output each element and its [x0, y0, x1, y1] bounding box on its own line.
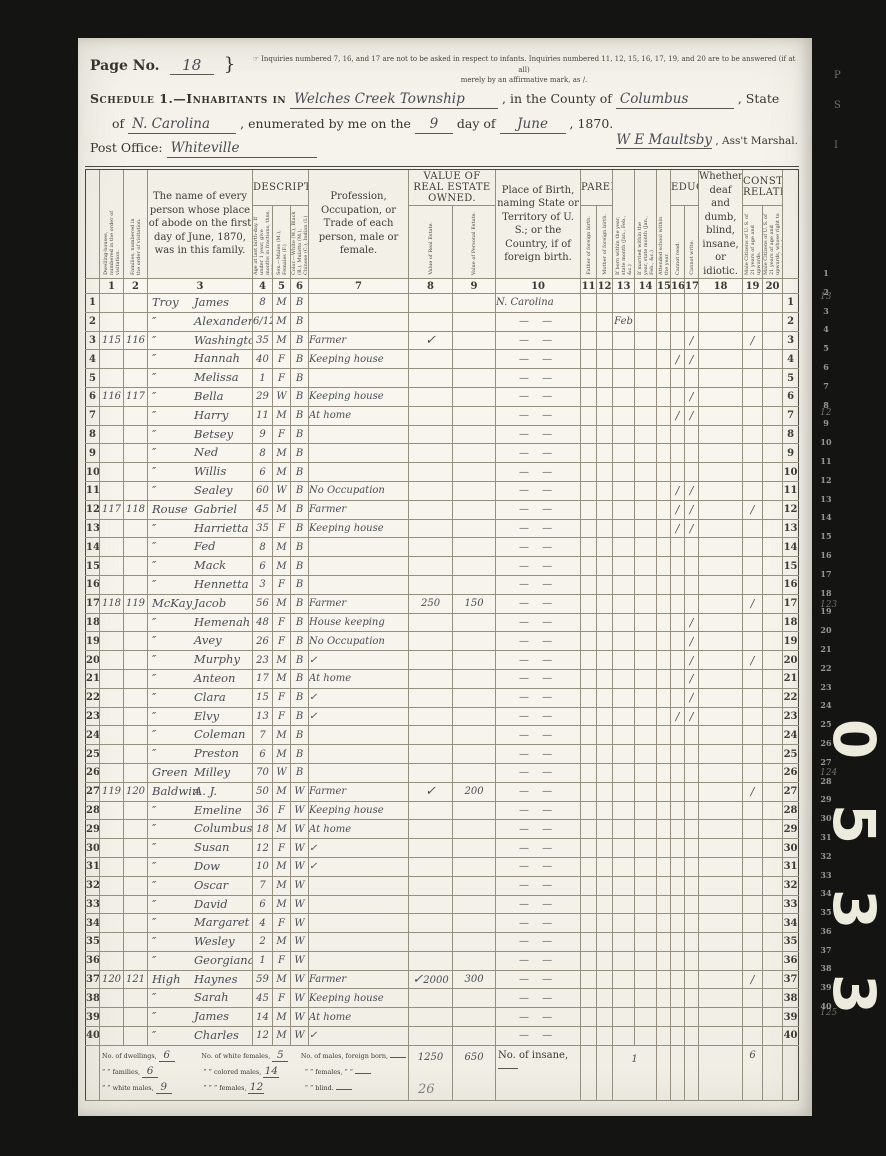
school-cell: [657, 1027, 671, 1046]
occupation-cell: ✓: [309, 839, 409, 858]
marriage-month-cell: [635, 294, 657, 313]
row-number-left: 20: [86, 651, 100, 670]
real-estate-cell: [409, 350, 453, 369]
vote-denied-cell: [763, 425, 783, 444]
dwelling-cell: [100, 688, 124, 707]
person-row: 20 ″Murphy 23 M B ✓ — — / / 20: [86, 651, 799, 670]
person-row: 18 ″Hemenah 48 F B House keeping — — / 1…: [86, 613, 799, 632]
color-cell: B: [291, 745, 309, 764]
vote-denied-cell: [763, 519, 783, 538]
row-number-right: 35: [783, 933, 799, 952]
personal-estate-cell: [453, 914, 496, 933]
col-header-5: Sex.—Males (M.), Females (F.): [273, 205, 291, 278]
school-cell: [657, 989, 671, 1008]
given-name: Betsey: [194, 427, 233, 441]
col-num-7: 7: [309, 279, 409, 294]
disability-cell: [699, 782, 743, 801]
given-name: Jacob: [194, 596, 226, 610]
mother-foreign-cell: [597, 519, 613, 538]
person-row: 36 ″Georgiana 1 F W — — 36: [86, 951, 799, 970]
birth-month-cell: [613, 895, 635, 914]
surname: ″: [152, 615, 156, 629]
person-row: 21 ″Anteon 17 M B At home — — / 21: [86, 669, 799, 688]
vote-denied-cell: [763, 707, 783, 726]
sex-cell: F: [273, 951, 291, 970]
citizen-cell: [743, 801, 763, 820]
citizen-cell: [743, 876, 763, 895]
family-cell: 117: [124, 387, 148, 406]
sex-cell: F: [273, 801, 291, 820]
cannot-write-cell: [685, 463, 699, 482]
given-name: Hemenah: [194, 615, 250, 629]
father-foreign-cell: [581, 538, 597, 557]
birthplace-cell: — —: [496, 519, 581, 538]
marriage-month-cell: [635, 763, 657, 782]
row-number-left: 4: [86, 350, 100, 369]
mother-foreign-cell: [597, 425, 613, 444]
family-cell: 121: [124, 970, 148, 989]
totals-item-label: No. of dwellings,: [102, 1052, 157, 1060]
sex-cell: M: [273, 782, 291, 801]
real-estate-cell: [409, 820, 453, 839]
page-no-row: Page No. 18 } ☞ Inquiries numbered 7, 16…: [90, 54, 235, 75]
name-cell: ″Dow: [148, 857, 253, 876]
row-number-right: 25: [783, 745, 799, 764]
vote-denied-cell: [763, 933, 783, 952]
personal-estate-cell: [453, 632, 496, 651]
school-cell: [657, 763, 671, 782]
col-num-1: 1: [100, 279, 124, 294]
real-estate-cell: [409, 538, 453, 557]
personal-estate-cell: [453, 876, 496, 895]
surname: ″: [152, 370, 156, 384]
mother-foreign-cell: [597, 406, 613, 425]
family-cell: [124, 820, 148, 839]
citizen-cell: /: [743, 500, 763, 519]
father-foreign-cell: [581, 970, 597, 989]
tick-mark: /: [690, 672, 694, 685]
row-number-right: 12: [783, 500, 799, 519]
given-name: Sarah: [194, 990, 229, 1004]
birthplace-cell: — —: [496, 651, 581, 670]
row-number-right: 15: [783, 557, 799, 576]
personal-estate-cell: [453, 895, 496, 914]
name-cell: ″James: [148, 1008, 253, 1027]
color-cell: W: [291, 951, 309, 970]
marriage-month-cell: [635, 500, 657, 519]
dwelling-cell: [100, 369, 124, 388]
row-number-right: 3: [783, 331, 799, 350]
blank-cell: [763, 1045, 783, 1100]
surname: ″: [152, 727, 156, 741]
dwelling-cell: [100, 801, 124, 820]
row-number-right: 19: [783, 632, 799, 651]
mother-foreign-cell: [597, 500, 613, 519]
totals-line: ” ” white males, 9” ” ” females, 12” ” b…: [102, 1080, 406, 1096]
real-estate-cell: [409, 895, 453, 914]
decorative-element: If born within the year, state month (Ja…: [615, 209, 633, 275]
personal-estate-cell: [453, 500, 496, 519]
real-estate-cell: [409, 1027, 453, 1046]
col-header-13: If born within the year, state month (Ja…: [613, 168, 635, 279]
dwelling-cell: 115: [100, 331, 124, 350]
row-number-right: 39: [783, 1008, 799, 1027]
decorative-element: Value of Personal Estate.: [471, 212, 477, 275]
personal-estate-cell: [453, 857, 496, 876]
real-estate-cell: [409, 425, 453, 444]
person-row: 28 ″Emeline 36 F W Keeping house — — 28: [86, 801, 799, 820]
tick-mark: /: [690, 654, 694, 667]
cannot-write-cell: /: [685, 688, 699, 707]
row-number-left: 25: [86, 745, 100, 764]
sex-cell: M: [273, 1027, 291, 1046]
row-number-right: 20: [783, 651, 799, 670]
row-number-left: 31: [86, 857, 100, 876]
occupation-cell: Keeping house: [309, 387, 409, 406]
strip-row-number: 17: [816, 569, 836, 588]
real-estate-cell: [409, 745, 453, 764]
real-estate-cell: [409, 312, 453, 331]
disability-cell: [699, 594, 743, 613]
family-cell: [124, 707, 148, 726]
col-num-3: 3: [148, 279, 253, 294]
dwelling-cell: 118: [100, 594, 124, 613]
vote-denied-cell: [763, 387, 783, 406]
vote-denied-cell: [763, 820, 783, 839]
age-cell: 6/12: [253, 312, 273, 331]
occupation-cell: [309, 538, 409, 557]
row-number-right: 16: [783, 575, 799, 594]
school-cell: [657, 500, 671, 519]
totals-mark-19: 6: [743, 1045, 763, 1100]
decorative-element: Families, numbered in the order of visit…: [130, 209, 142, 275]
tick-mark: /: [690, 334, 694, 347]
real-estate-cell: [409, 688, 453, 707]
disability-cell: [699, 350, 743, 369]
birthplace-cell: — —: [496, 369, 581, 388]
school-cell: [657, 632, 671, 651]
col-header-7: Profession, Occupation, or Trade of each…: [309, 168, 409, 279]
citizen-cell: [743, 688, 763, 707]
real-estate-cell: [409, 876, 453, 895]
age-cell: 6: [253, 557, 273, 576]
page-no-value: 18: [170, 58, 214, 75]
decorative-element: Color.—White (W.), Black (B.), Mulatto (…: [291, 209, 309, 275]
row-number-left: 10: [86, 463, 100, 482]
totals-item-label: ” ” ” females,: [203, 1084, 246, 1092]
day-of-label: day of: [457, 116, 496, 131]
person-row: 27 119 120 BaldwinA. J. 50 M W Farmer ✓ …: [86, 782, 799, 801]
group-constitutional: CONSTITUTIONAL RELATIONS.: [743, 168, 783, 205]
birth-month-cell: [613, 782, 635, 801]
dwelling-cell: [100, 914, 124, 933]
row-number-left: 8: [86, 425, 100, 444]
totals-item-value: 14: [263, 1065, 279, 1078]
cannot-write-cell: /: [685, 669, 699, 688]
given-name: Murphy: [194, 652, 240, 666]
surname: Green: [152, 765, 188, 779]
name-cell: ″Harry: [148, 406, 253, 425]
occupation-cell: Farmer: [309, 331, 409, 350]
decorative-element: Cannot read.: [675, 242, 681, 275]
header-group-row: Dwelling-houses, numbered in the order o…: [86, 168, 799, 205]
sex-cell: F: [273, 519, 291, 538]
age-cell: 1: [253, 369, 273, 388]
disability-cell: [699, 444, 743, 463]
col-num-12: 12: [597, 279, 613, 294]
surname: ″: [152, 990, 156, 1004]
father-foreign-cell: [581, 369, 597, 388]
totals-item-label: No. of males, foreign born,: [301, 1052, 388, 1060]
film-frame-digit: 5: [823, 796, 885, 852]
decorative-element: Age at last birth-day. If under 1 year, …: [253, 209, 273, 275]
marriage-month-cell: [635, 820, 657, 839]
color-cell: B: [291, 632, 309, 651]
cannot-write-cell: [685, 745, 699, 764]
margin-annotation: 123: [820, 600, 837, 610]
occupation-cell: At home: [309, 820, 409, 839]
row-number-left: 36: [86, 951, 100, 970]
school-cell: [657, 350, 671, 369]
school-cell: [657, 369, 671, 388]
sex-cell: M: [273, 594, 291, 613]
group-parentage: PARENTAGE.: [581, 168, 613, 205]
dwelling-cell: [100, 857, 124, 876]
mother-foreign-cell: [597, 914, 613, 933]
totals-item: ” ” colored males, 14: [203, 1065, 304, 1078]
dwelling-cell: [100, 444, 124, 463]
citizen-cell: [743, 369, 763, 388]
mother-foreign-cell: [597, 463, 613, 482]
mother-foreign-cell: [597, 294, 613, 313]
person-row: 13 ″Harrietta 35 F B Keeping house — — /…: [86, 519, 799, 538]
marriage-month-cell: [635, 1008, 657, 1027]
birth-month-cell: [613, 669, 635, 688]
given-name: Harrietta: [194, 521, 248, 535]
vote-denied-cell: [763, 970, 783, 989]
decorative-element: Attended school within the year.: [658, 209, 670, 275]
sex-cell: M: [273, 463, 291, 482]
cannot-read-cell: [671, 839, 685, 858]
margin-annotation: 125: [820, 1008, 837, 1018]
birthplace-cell: — —: [496, 951, 581, 970]
given-name: Bella: [194, 389, 223, 403]
father-foreign-cell: [581, 763, 597, 782]
strip-row-number: 9: [816, 418, 836, 437]
personal-estate-cell: [453, 801, 496, 820]
occupation-cell: ✓: [309, 1027, 409, 1046]
surname: ″: [152, 464, 156, 478]
strip-row-number: 28: [816, 776, 836, 795]
birth-month-cell: [613, 387, 635, 406]
birth-month-cell: [613, 331, 635, 350]
col-header-6: Color.—White (W.), Black (B.), Mulatto (…: [291, 205, 309, 278]
person-row: 11 ″Sealey 60 W B No Occupation — — / / …: [86, 481, 799, 500]
school-cell: [657, 387, 671, 406]
dwelling-cell: 117: [100, 500, 124, 519]
vote-denied-cell: [763, 575, 783, 594]
disability-cell: [699, 951, 743, 970]
blank-cell: [685, 1045, 699, 1100]
surname: ″: [152, 314, 156, 328]
vote-denied-cell: [763, 839, 783, 858]
given-name: James: [194, 1009, 229, 1023]
birthplace-cell: — —: [496, 970, 581, 989]
strip-row-number: 16: [816, 550, 836, 569]
surname: ″: [152, 408, 156, 422]
dwelling-cell: [100, 707, 124, 726]
dwelling-cell: [100, 632, 124, 651]
vote-denied-cell: [763, 989, 783, 1008]
mother-foreign-cell: [597, 839, 613, 858]
totals-item-value: [355, 1073, 371, 1074]
given-name: A. J.: [194, 784, 217, 798]
school-cell: [657, 481, 671, 500]
row-number-right: 33: [783, 895, 799, 914]
vote-denied-cell: [763, 1008, 783, 1027]
cannot-write-cell: [685, 801, 699, 820]
given-name: Milley: [194, 765, 230, 779]
name-cell: ″Georgiana: [148, 951, 253, 970]
age-cell: 10: [253, 857, 273, 876]
name-cell: ″Alexander: [148, 312, 253, 331]
sex-cell: F: [273, 632, 291, 651]
birthplace-cell: — —: [496, 481, 581, 500]
age-cell: 6: [253, 463, 273, 482]
family-cell: [124, 651, 148, 670]
surname: Baldwin: [152, 784, 199, 798]
birth-month-cell: [613, 951, 635, 970]
totals-item-value: 5: [272, 1049, 288, 1062]
person-row: 8 ″Betsey 9 F B — — 8: [86, 425, 799, 444]
age-cell: 8: [253, 444, 273, 463]
row-number-right: 2: [783, 312, 799, 331]
school-cell: [657, 575, 671, 594]
person-row: 10 ″Willis 6 M B — — 10: [86, 463, 799, 482]
blank-cell: [671, 1045, 685, 1100]
occupation-cell: [309, 294, 409, 313]
personal-estate-cell: 200: [453, 782, 496, 801]
dwelling-cell: [100, 895, 124, 914]
cannot-read-cell: [671, 463, 685, 482]
given-name: Willis: [194, 464, 226, 478]
sex-cell: M: [273, 294, 291, 313]
row-number-left: 12: [86, 500, 100, 519]
birth-month-cell: [613, 594, 635, 613]
color-cell: B: [291, 538, 309, 557]
age-cell: 7: [253, 876, 273, 895]
vote-denied-cell: [763, 726, 783, 745]
occupation-cell: Farmer: [309, 594, 409, 613]
row-number-left: 19: [86, 632, 100, 651]
row-number-left: 38: [86, 989, 100, 1008]
col-num-8: 8: [409, 279, 453, 294]
citizen-cell: [743, 481, 763, 500]
age-cell: 50: [253, 782, 273, 801]
disability-cell: [699, 463, 743, 482]
birthplace-cell: — —: [496, 538, 581, 557]
cannot-write-cell: /: [685, 481, 699, 500]
row-number-left: 39: [86, 1008, 100, 1027]
row-number-left: 13: [86, 519, 100, 538]
disability-cell: [699, 632, 743, 651]
birth-month-cell: [613, 500, 635, 519]
name-cell: ″David: [148, 895, 253, 914]
blank-cell: [783, 279, 799, 294]
color-cell: B: [291, 406, 309, 425]
totals-item-value: [336, 1089, 352, 1090]
tick-mark: /: [751, 785, 755, 798]
personal-estate-cell: [453, 538, 496, 557]
family-cell: [124, 1027, 148, 1046]
surname: ″: [152, 652, 156, 666]
school-cell: [657, 406, 671, 425]
occupation-cell: At home: [309, 669, 409, 688]
color-cell: B: [291, 519, 309, 538]
mother-foreign-cell: [597, 669, 613, 688]
citizen-cell: [743, 763, 763, 782]
col-header-18: Whether deaf and dumb, blind, insane, or…: [699, 168, 743, 279]
surname: ″: [152, 859, 156, 873]
person-row: 3 115 116 ″Washington 35 M B Farmer ✓ — …: [86, 331, 799, 350]
sex-cell: M: [273, 557, 291, 576]
age-cell: 1: [253, 951, 273, 970]
family-cell: 120: [124, 782, 148, 801]
family-cell: [124, 481, 148, 500]
cannot-read-cell: [671, 538, 685, 557]
person-row: 5 ″Melissa 1 F B — — 5: [86, 369, 799, 388]
row-number-left: 27: [86, 782, 100, 801]
personal-estate-cell: [453, 425, 496, 444]
birthplace-cell: — —: [496, 745, 581, 764]
birthplace-cell: — —: [496, 1008, 581, 1027]
citizen-cell: [743, 857, 763, 876]
sex-cell: M: [273, 651, 291, 670]
row-number-right: 36: [783, 951, 799, 970]
row-number-left: 2: [86, 312, 100, 331]
name-cell: ″Bella: [148, 387, 253, 406]
blank-cell: [86, 1045, 100, 1100]
birthplace-cell: — —: [496, 1027, 581, 1046]
strip-row-number: 7: [816, 381, 836, 400]
dwelling-cell: 116: [100, 387, 124, 406]
decorative-element: Male Citizens of U. S. of 21 years of ag…: [744, 209, 762, 275]
film-strip: 1234567891011121314151617181920212223242…: [812, 38, 886, 1116]
row-number-right: 9: [783, 444, 799, 463]
real-estate-cell: [409, 557, 453, 576]
group-description: DESCRIPTION.: [253, 168, 309, 205]
row-number-left: 22: [86, 688, 100, 707]
cannot-write-cell: [685, 951, 699, 970]
sex-cell: M: [273, 500, 291, 519]
name-cell: ″Willis: [148, 463, 253, 482]
family-cell: 116: [124, 331, 148, 350]
marriage-month-cell: [635, 914, 657, 933]
birth-month-cell: [613, 763, 635, 782]
cannot-read-cell: [671, 387, 685, 406]
surname: ″: [152, 878, 156, 892]
cannot-write-cell: [685, 294, 699, 313]
citizen-cell: [743, 1008, 763, 1027]
cannot-write-cell: /: [685, 406, 699, 425]
birth-month-cell: [613, 350, 635, 369]
age-cell: 6: [253, 745, 273, 764]
vote-denied-cell: [763, 857, 783, 876]
group-education: EDUCATION.: [671, 168, 699, 205]
real-estate-cell: [409, 707, 453, 726]
person-row: 35 ″Wesley 2 M W — — 35: [86, 933, 799, 952]
strip-row-number: 23: [816, 682, 836, 701]
